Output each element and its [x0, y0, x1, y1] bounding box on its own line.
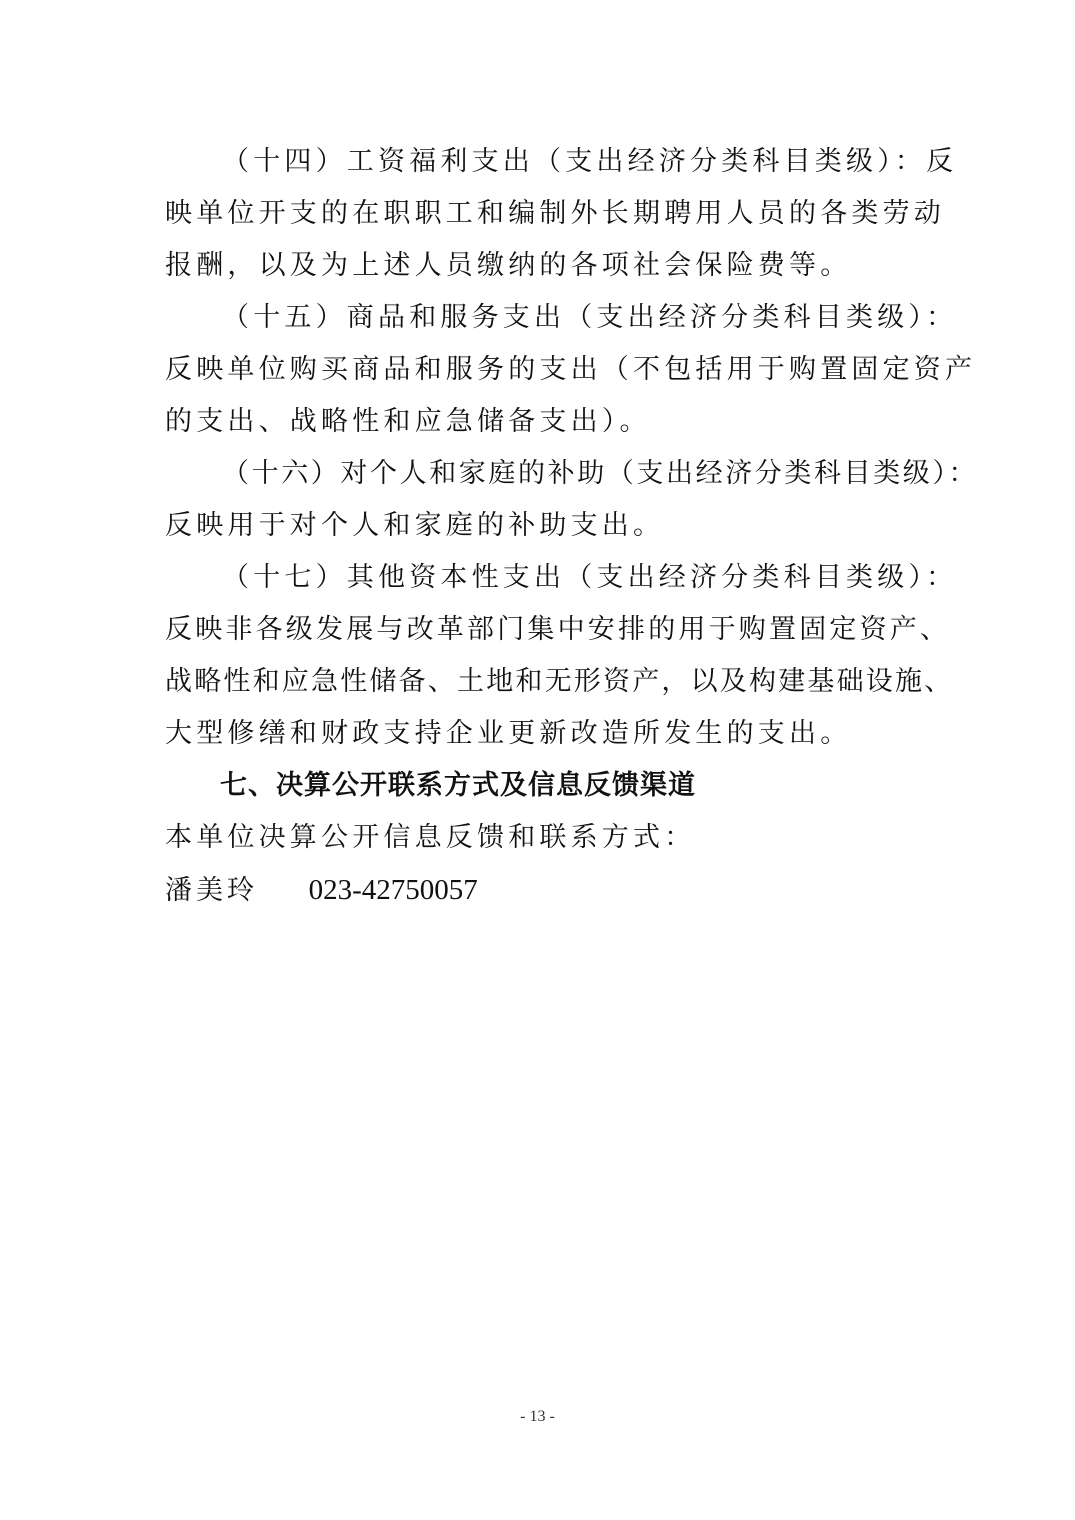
section-15-line-2: 反映单位购买商品和服务的支出（不包括用于购置固定资产: [165, 350, 976, 390]
contact-intro: 本单位决算公开信息反馈和联系方式：: [165, 818, 695, 858]
section-16-line-2: 反映用于对个人和家庭的补助支出。: [165, 506, 664, 546]
contact-phone: 023-42750057: [309, 870, 478, 910]
contact-row: 潘美玲 023-42750057: [165, 870, 478, 911]
section-14-line-3: 报酬，以及为上述人员缴纳的各项社会保险费等。: [165, 246, 851, 286]
section-heading: 七、决算公开联系方式及信息反馈渠道: [220, 766, 696, 806]
section-17-line-4: 大型修缮和财政支持企业更新改造所发生的支出。: [165, 714, 851, 754]
section-14-line-2: 映单位开支的在职职工和编制外长期聘用人员的各类劳动: [165, 194, 945, 234]
section-16-line-1: （十六）对个人和家庭的补助（支出经济分类科目类级）：: [222, 454, 978, 494]
section-15-line-3: 的支出、战略性和应急储备支出）。: [165, 402, 651, 442]
section-15-line-1: （十五）商品和服务支出（支出经济分类科目类级）：: [222, 298, 957, 338]
section-17-line-2: 反映非各级发展与改革部门集中安排的用于购置固定资产、: [165, 610, 950, 650]
section-14-line-1: （十四）工资福利支出（支出经济分类科目类级）：反: [222, 142, 957, 182]
document-page: （十四）工资福利支出（支出经济分类科目类级）：反 映单位开支的在职职工和编制外长…: [0, 0, 1075, 1520]
section-17-line-1: （十七）其他资本性支出（支出经济分类科目类级）：: [222, 558, 957, 598]
section-17-line-3: 战略性和应急性储备、土地和无形资产，以及构建基础设施、: [165, 662, 953, 702]
contact-name: 潘美玲: [165, 875, 258, 906]
page-number: - 13 -: [0, 1408, 1075, 1426]
